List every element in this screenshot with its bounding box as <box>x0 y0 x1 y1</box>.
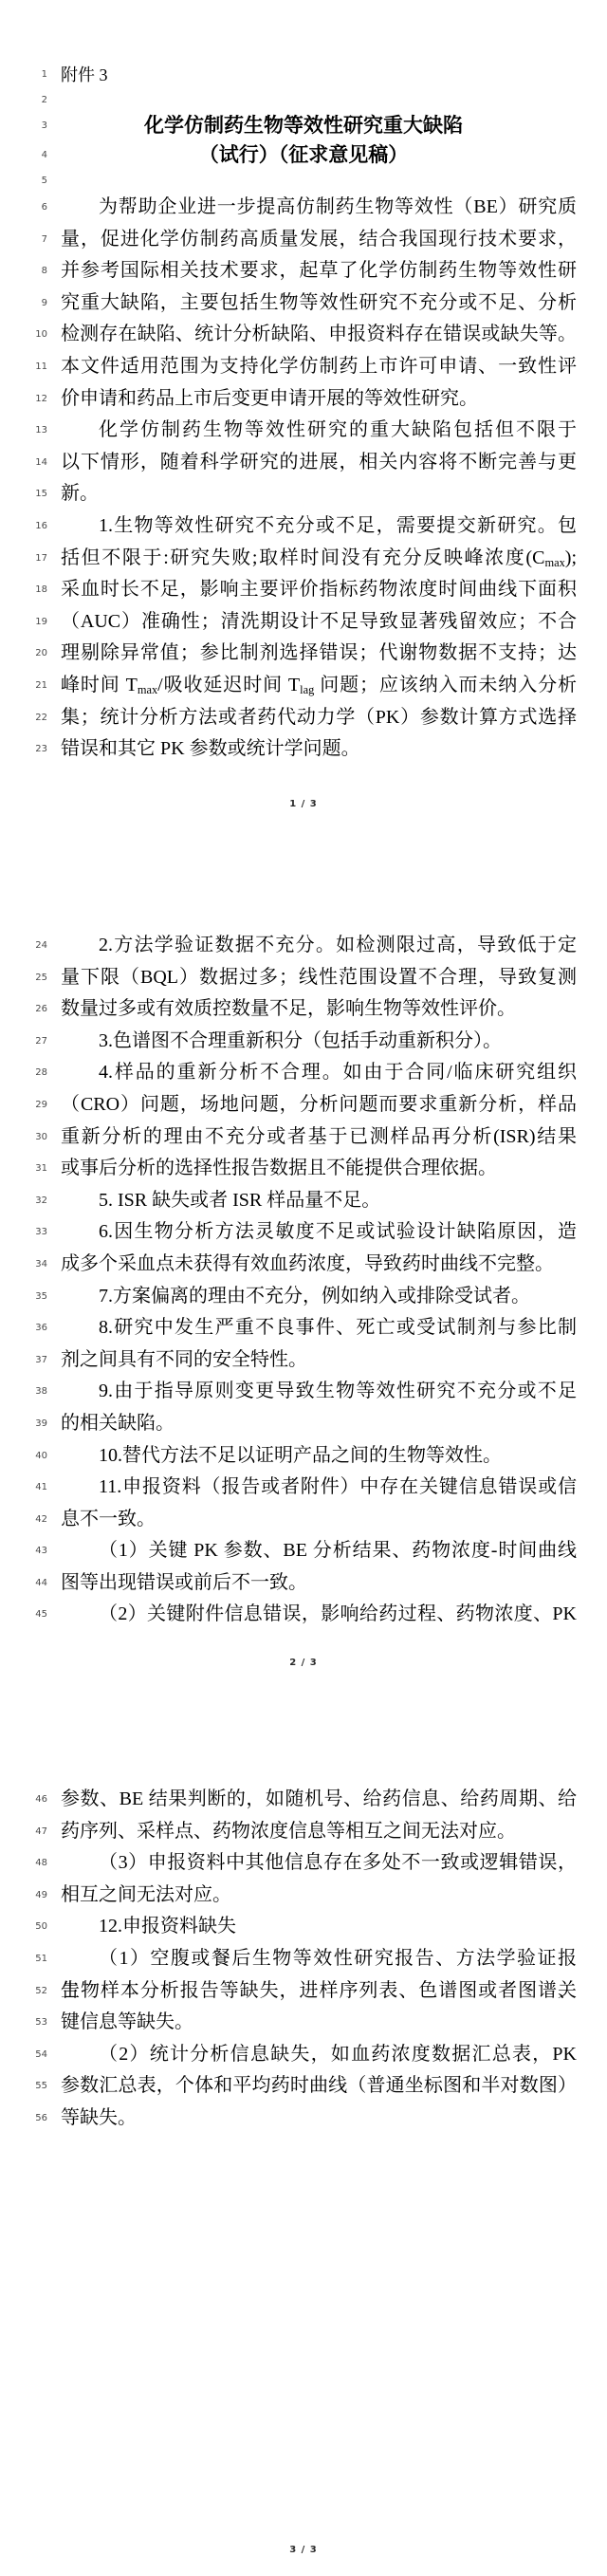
line-text: 息不一致。 <box>61 1504 607 1536</box>
text-line: 11 本文件适用范围为支持化学仿制药上市许可申请、一致性评 <box>0 351 607 383</box>
line-number: 10 <box>0 319 61 351</box>
line-number: 23 <box>0 733 61 766</box>
line-number: 1 <box>0 61 61 89</box>
text-line: 32 5. ISR 缺失或者 ISR 样品量不足。 <box>0 1185 607 1217</box>
text-line: 44 图等出现错误或前后不一致。 <box>0 1567 607 1600</box>
line-number: 50 <box>0 1911 61 1943</box>
text-line: 19 （AUC）准确性；清洗期设计不足导致显著残留效应；不合 <box>0 606 607 639</box>
line-text: 为帮助企业进一步提高仿制药生物等效性（BE）研究质 <box>61 192 607 224</box>
line-text: 2.方法学验证数据不充分。如检测限过高，导致低于定 <box>61 930 607 962</box>
line-text: 价申请和药品上市后变更申请开展的等效性研究。 <box>61 383 607 416</box>
line-number: 21 <box>0 670 61 702</box>
line-text: 5. ISR 缺失或者 ISR 样品量不足。 <box>61 1185 607 1217</box>
line-text: 采血时长不足，影响主要评价指标药物浓度时间曲线下面积 <box>61 574 607 606</box>
line-number: 35 <box>0 1281 61 1313</box>
line-number: 42 <box>0 1504 61 1536</box>
line-number: 8 <box>0 255 61 287</box>
line-number: 34 <box>0 1249 61 1281</box>
line-number: 5 <box>0 170 61 192</box>
line-number: 43 <box>0 1535 61 1567</box>
line-number: 38 <box>0 1376 61 1408</box>
text-line: 31 或事后分析的选择性报告数据且不能提供合理依据。 <box>0 1153 607 1185</box>
text-line: 29 （CRO）问题，场地问题，分析问题而要求重新分析，样品 <box>0 1089 607 1121</box>
line-text: 量下限（BQL）数据过多；线性范围设置不合理，导致复测 <box>61 962 607 994</box>
text-line: 33 6.因生物分析方法灵敏度不足或试验设计缺陷原因，造 <box>0 1216 607 1249</box>
line-text: 药序列、采样点、药物浓度信息等相互之间无法对应。 <box>61 1816 607 1848</box>
text-line: 18 采血时长不足，影响主要评价指标药物浓度时间曲线下面积 <box>0 574 607 606</box>
text-line: 55 参数汇总表，个体和平均药时曲线（普通坐标图和半对数图） <box>0 2070 607 2103</box>
text-line: 4 （试行）（征求意见稿） <box>0 140 607 170</box>
line-text: （CRO）问题，场地问题，分析问题而要求重新分析，样品 <box>61 1089 607 1121</box>
text-line: 6 为帮助企业进一步提高仿制药生物等效性（BE）研究质 <box>0 192 607 224</box>
line-number: 31 <box>0 1153 61 1185</box>
line-number: 13 <box>0 415 61 447</box>
line-number: 30 <box>0 1121 61 1154</box>
line-text <box>61 170 607 192</box>
line-text: 理剔除异常值；参比制剂选择错误；代谢物数据不支持；达 <box>61 638 607 670</box>
line-text: 重新分析的理由不充分或者基于已测样品再分析(ISR)结果 <box>61 1121 607 1154</box>
text-line: 20 理剔除异常值；参比制剂选择错误；代谢物数据不支持；达 <box>0 638 607 670</box>
line-text: 12.申报资料缺失 <box>61 1911 607 1943</box>
text-line: 22 集；统计分析方法或者药代动力学（PK）参数计算方式选择 <box>0 702 607 734</box>
line-text: 峰时间 Tmax/吸收延迟时间 Tlag 问题；应该纳入而未纳入分析 <box>61 670 607 702</box>
line-text: （2）关键附件信息错误，影响给药过程、药物浓度、PK <box>61 1599 607 1631</box>
text-line: 51 （1）空腹或餐后生物等效性研究报告、方法学验证报告、 <box>0 1943 607 1975</box>
text-line: 50 12.申报资料缺失 <box>0 1911 607 1943</box>
text-line: 10 检测存在缺陷、统计分析缺陷、申报资料存在错误或缺失等。 <box>0 319 607 351</box>
line-number: 17 <box>0 543 61 575</box>
line-text: 8.研究中发生严重不良事件、死亡或受试制剂与参比制 <box>61 1312 607 1344</box>
line-number: 52 <box>0 1975 61 2008</box>
line-text: （2）统计分析信息缺失，如血药浓度数据汇总表，PK <box>61 2039 607 2071</box>
line-number: 53 <box>0 2007 61 2039</box>
line-number: 9 <box>0 287 61 320</box>
text-line: 56 等缺失。 <box>0 2103 607 2135</box>
line-text: 化学仿制药生物等效性研究重大缺陷 <box>0 111 607 140</box>
line-text: 附件 3 <box>61 61 607 89</box>
line-text: 并参考国际相关技术要求，起草了化学仿制药生物等效性研 <box>61 255 607 287</box>
text-line: 24 2.方法学验证数据不充分。如检测限过高，导致低于定 <box>0 930 607 962</box>
text-line: 7 量，促进化学仿制药高质量发展，结合我国现行技术要求， <box>0 224 607 256</box>
line-text: 本文件适用范围为支持化学仿制药上市许可申请、一致性评 <box>61 351 607 383</box>
line-text: 究重大缺陷，主要包括生物等效性研究不充分或不足、分析 <box>61 287 607 320</box>
line-number: 28 <box>0 1057 61 1089</box>
text-line: 49 相互之间无法对应。 <box>0 1880 607 1912</box>
line-number: 45 <box>0 1599 61 1631</box>
line-number: 25 <box>0 962 61 994</box>
text-line: 42 息不一致。 <box>0 1504 607 1536</box>
line-number: 16 <box>0 510 61 543</box>
line-text: 剂之间具有不同的安全特性。 <box>61 1344 607 1377</box>
line-number: 47 <box>0 1816 61 1848</box>
lines-container: 1 附件 3 2 3 化学仿制药生物等效性研究重大缺陷 4 （试行）（征求意见稿… <box>0 0 607 766</box>
text-line: 28 4.样品的重新分析不合理。如由于合同/临床研究组织 <box>0 1057 607 1089</box>
line-number: 36 <box>0 1312 61 1344</box>
line-text: 图等出现错误或前后不一致。 <box>61 1567 607 1600</box>
text-line: 45 （2）关键附件信息错误，影响给药过程、药物浓度、PK <box>0 1599 607 1631</box>
document-page-3: 46 参数、BE 结果判断的，如随机号、给药信息、给药周期、给 47 药序列、采… <box>0 1717 607 2576</box>
lines-container: 24 2.方法学验证数据不充分。如检测限过高，导致低于定 25 量下限（BQL）… <box>0 859 607 1631</box>
line-number: 44 <box>0 1567 61 1600</box>
line-text: 括但不限于:研究失败;取样时间没有充分反映峰浓度(Cmax); <box>61 543 607 575</box>
document-page-1: 1 附件 3 2 3 化学仿制药生物等效性研究重大缺陷 4 （试行）（征求意见稿… <box>0 0 607 859</box>
line-text: （试行）（征求意见稿） <box>0 140 607 170</box>
text-line: 46 参数、BE 结果判断的，如随机号、给药信息、给药周期、给 <box>0 1784 607 1816</box>
line-text: 生物样本分析报告等缺失，进样序列表、色谱图或者图谱关 <box>61 1975 607 2008</box>
line-number: 6 <box>0 192 61 224</box>
line-text: 1.生物等效性研究不充分或不足，需要提交新研究。包 <box>61 510 607 543</box>
text-line: 14 以下情形，随着科学研究的进展，相关内容将不断完善与更 <box>0 447 607 479</box>
text-line: 17 括但不限于:研究失败;取样时间没有充分反映峰浓度(Cmax); <box>0 543 607 575</box>
line-text: 成多个采血点未获得有效血药浓度，导致药时曲线不完整。 <box>61 1249 607 1281</box>
text-line: 9 究重大缺陷，主要包括生物等效性研究不充分或不足、分析 <box>0 287 607 320</box>
line-number: 55 <box>0 2070 61 2103</box>
line-number: 15 <box>0 478 61 510</box>
line-text: 的相关缺陷。 <box>61 1408 607 1440</box>
line-number: 14 <box>0 447 61 479</box>
line-text <box>61 89 607 111</box>
text-line: 38 9.由于指导原则变更导致生物等效性研究不充分或不足 <box>0 1376 607 1408</box>
line-number: 29 <box>0 1089 61 1121</box>
line-text: 参数汇总表，个体和平均药时曲线（普通坐标图和半对数图） <box>61 2070 607 2103</box>
line-text: 检测存在缺陷、统计分析缺陷、申报资料存在错误或缺失等。 <box>61 319 607 351</box>
page-number-footer: 1 / 3 <box>0 799 607 809</box>
text-line: 35 7.方案偏离的理由不充分，例如纳入或排除受试者。 <box>0 1281 607 1313</box>
text-line: 12 价申请和药品上市后变更申请开展的等效性研究。 <box>0 383 607 416</box>
text-line: 43 （1）关键 PK 参数、BE 分析结果、药物浓度-时间曲线 <box>0 1535 607 1567</box>
text-line: 3 化学仿制药生物等效性研究重大缺陷 <box>0 111 607 140</box>
text-line: 41 11.申报资料（报告或者附件）中存在关键信息错误或信 <box>0 1472 607 1504</box>
page-number-footer: 3 / 3 <box>0 2545 607 2555</box>
line-text: （1）关键 PK 参数、BE 分析结果、药物浓度-时间曲线 <box>61 1535 607 1567</box>
line-number: 22 <box>0 702 61 734</box>
text-line: 30 重新分析的理由不充分或者基于已测样品再分析(ISR)结果 <box>0 1121 607 1154</box>
text-line: 8 并参考国际相关技术要求，起草了化学仿制药生物等效性研 <box>0 255 607 287</box>
line-text: 6.因生物分析方法灵敏度不足或试验设计缺陷原因，造 <box>61 1216 607 1249</box>
line-text: 集；统计分析方法或者药代动力学（PK）参数计算方式选择 <box>61 702 607 734</box>
text-line: 16 1.生物等效性研究不充分或不足，需要提交新研究。包 <box>0 510 607 543</box>
line-text: 3.色谱图不合理重新积分（包括手动重新积分）。 <box>61 1026 607 1058</box>
line-text: 数量过多或有效质控数量不足，影响生物等效性评价。 <box>61 993 607 1026</box>
text-line: 40 10.替代方法不足以证明产品之间的生物等效性。 <box>0 1440 607 1473</box>
line-number: 12 <box>0 383 61 416</box>
line-number: 33 <box>0 1216 61 1249</box>
line-text: 4.样品的重新分析不合理。如由于合同/临床研究组织 <box>61 1057 607 1089</box>
text-line: 26 数量过多或有效质控数量不足，影响生物等效性评价。 <box>0 993 607 1026</box>
line-text: 量，促进化学仿制药高质量发展，结合我国现行技术要求， <box>61 224 607 256</box>
line-number: 20 <box>0 638 61 670</box>
line-text: 10.替代方法不足以证明产品之间的生物等效性。 <box>61 1440 607 1473</box>
line-number: 39 <box>0 1408 61 1440</box>
line-text: （AUC）准确性；清洗期设计不足导致显著残留效应；不合 <box>61 606 607 639</box>
text-line: 54 （2）统计分析信息缺失，如血药浓度数据汇总表，PK <box>0 2039 607 2071</box>
line-text: 11.申报资料（报告或者附件）中存在关键信息错误或信 <box>61 1472 607 1504</box>
line-text: （1）空腹或餐后生物等效性研究报告、方法学验证报告、 <box>61 1943 607 1975</box>
line-number: 54 <box>0 2039 61 2071</box>
text-line: 37 剂之间具有不同的安全特性。 <box>0 1344 607 1377</box>
text-line: 5 <box>0 170 607 192</box>
line-number: 11 <box>0 351 61 383</box>
text-line: 1 附件 3 <box>0 61 607 89</box>
text-line: 53 键信息等缺失。 <box>0 2007 607 2039</box>
line-number: 26 <box>0 993 61 1026</box>
lines-container: 46 参数、BE 结果判断的，如随机号、给药信息、给药周期、给 47 药序列、采… <box>0 1717 607 2135</box>
line-text: （3）申报资料中其他信息存在多处不一致或逻辑错误， <box>61 1847 607 1880</box>
line-text: 或事后分析的选择性报告数据且不能提供合理依据。 <box>61 1153 607 1185</box>
text-line: 47 药序列、采样点、药物浓度信息等相互之间无法对应。 <box>0 1816 607 1848</box>
text-line: 25 量下限（BQL）数据过多；线性范围设置不合理，导致复测 <box>0 962 607 994</box>
line-text: 错误和其它 PK 参数或统计学问题。 <box>61 733 607 766</box>
document: 1 附件 3 2 3 化学仿制药生物等效性研究重大缺陷 4 （试行）（征求意见稿… <box>0 0 607 2576</box>
text-line: 34 成多个采血点未获得有效血药浓度，导致药时曲线不完整。 <box>0 1249 607 1281</box>
line-text: 相互之间无法对应。 <box>61 1880 607 1912</box>
line-number: 48 <box>0 1847 61 1880</box>
line-number: 40 <box>0 1440 61 1473</box>
text-line: 48 （3）申报资料中其他信息存在多处不一致或逻辑错误， <box>0 1847 607 1880</box>
line-number: 51 <box>0 1943 61 1975</box>
line-text: 化学仿制药生物等效性研究的重大缺陷包括但不限于 <box>61 415 607 447</box>
line-number: 49 <box>0 1880 61 1912</box>
page-number-footer: 2 / 3 <box>0 1658 607 1668</box>
line-number: 18 <box>0 574 61 606</box>
text-line: 52 生物样本分析报告等缺失，进样序列表、色谱图或者图谱关 <box>0 1975 607 2008</box>
text-line: 36 8.研究中发生严重不良事件、死亡或受试制剂与参比制 <box>0 1312 607 1344</box>
line-text: 9.由于指导原则变更导致生物等效性研究不充分或不足 <box>61 1376 607 1408</box>
text-line: 23 错误和其它 PK 参数或统计学问题。 <box>0 733 607 766</box>
text-line: 13 化学仿制药生物等效性研究的重大缺陷包括但不限于 <box>0 415 607 447</box>
line-number: 2 <box>0 89 61 111</box>
document-page-2: 24 2.方法学验证数据不充分。如检测限过高，导致低于定 25 量下限（BQL）… <box>0 859 607 1717</box>
line-text: 7.方案偏离的理由不充分，例如纳入或排除受试者。 <box>61 1281 607 1313</box>
line-number: 32 <box>0 1185 61 1217</box>
line-text: 等缺失。 <box>61 2103 607 2135</box>
text-line: 27 3.色谱图不合理重新积分（包括手动重新积分）。 <box>0 1026 607 1058</box>
line-number: 41 <box>0 1472 61 1504</box>
line-number: 27 <box>0 1026 61 1058</box>
line-number: 24 <box>0 930 61 962</box>
line-number: 56 <box>0 2103 61 2135</box>
line-text: 参数、BE 结果判断的，如随机号、给药信息、给药周期、给 <box>61 1784 607 1816</box>
line-number: 37 <box>0 1344 61 1377</box>
line-number: 19 <box>0 606 61 639</box>
line-text: 以下情形，随着科学研究的进展，相关内容将不断完善与更 <box>61 447 607 479</box>
text-line: 15 新。 <box>0 478 607 510</box>
text-line: 2 <box>0 89 607 111</box>
line-number: 46 <box>0 1784 61 1816</box>
text-line: 39 的相关缺陷。 <box>0 1408 607 1440</box>
text-line: 21 峰时间 Tmax/吸收延迟时间 Tlag 问题；应该纳入而未纳入分析 <box>0 670 607 702</box>
line-text: 键信息等缺失。 <box>61 2007 607 2039</box>
line-text: 新。 <box>61 478 607 510</box>
line-number: 7 <box>0 224 61 256</box>
